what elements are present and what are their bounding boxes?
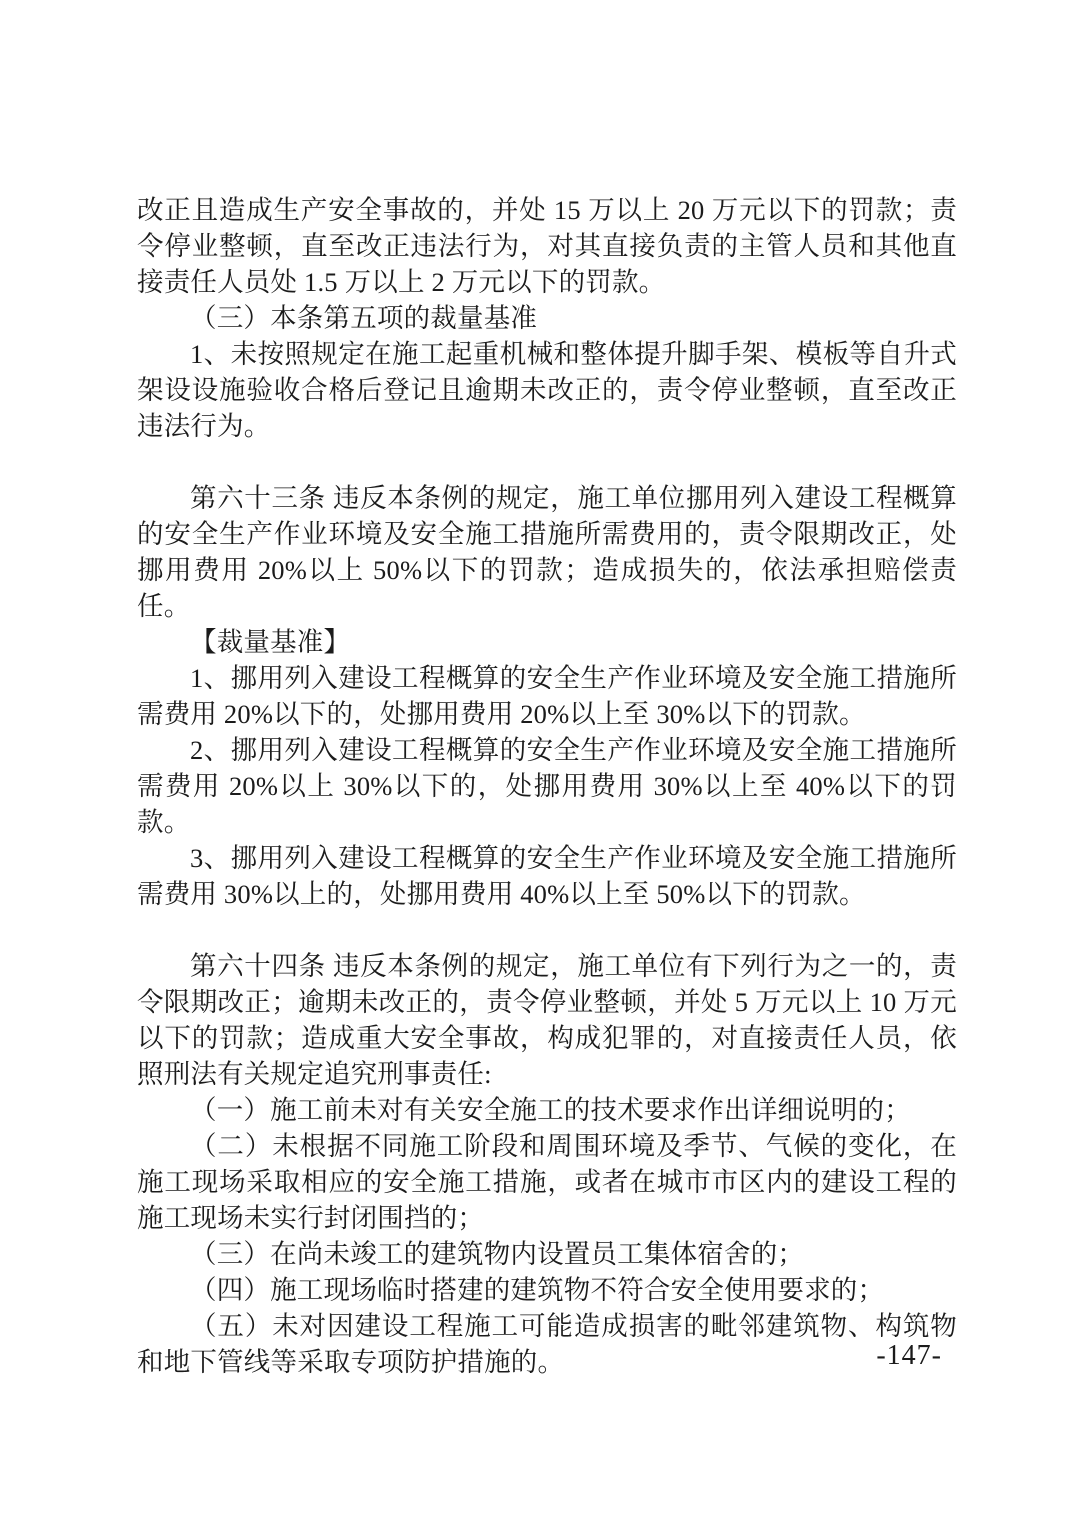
paragraph: （一）施工前未对有关安全施工的技术要求作出详细说明的； <box>137 1092 957 1128</box>
paragraph: 改正且造成生产安全事故的，并处 15 万以上 20 万元以下的罚款；责令停业整顿… <box>137 192 957 300</box>
page-number: -147- <box>876 1338 942 1374</box>
paragraph: 3、挪用列入建设工程概算的安全生产作业环境及安全施工措施所需费用 30%以上的，… <box>137 840 957 912</box>
paragraph: 1、挪用列入建设工程概算的安全生产作业环境及安全施工措施所需费用 20%以下的，… <box>137 660 957 732</box>
paragraph: （四）施工现场临时搭建的建筑物不符合安全使用要求的； <box>137 1272 957 1308</box>
paragraph: （二）未根据不同施工阶段和周围环境及季节、气候的变化，在施工现场采取相应的安全施… <box>137 1128 957 1236</box>
paragraph: （五）未对因建设工程施工可能造成损害的毗邻建筑物、构筑物和地下管线等采取专项防护… <box>137 1308 957 1380</box>
document-page: 改正且造成生产安全事故的，并处 15 万以上 20 万元以下的罚款；责令停业整顿… <box>0 0 1075 1520</box>
paragraph: 第六十三条 违反本条例的规定，施工单位挪用列入建设工程概算的安全生产作业环境及安… <box>137 480 957 624</box>
document-body: 改正且造成生产安全事故的，并处 15 万以上 20 万元以下的罚款；责令停业整顿… <box>137 192 957 1380</box>
paragraph: 第六十四条 违反本条例的规定，施工单位有下列行为之一的，责令限期改正；逾期未改正… <box>137 948 957 1092</box>
paragraph: （三）本条第五项的裁量基准 <box>137 300 957 336</box>
paragraph: （三）在尚未竣工的建筑物内设置员工集体宿舍的； <box>137 1236 957 1272</box>
paragraph: 2、挪用列入建设工程概算的安全生产作业环境及安全施工措施所需费用 20%以上 3… <box>137 732 957 840</box>
paragraph: 1、未按照规定在施工起重机械和整体提升脚手架、模板等自升式架设设施验收合格后登记… <box>137 336 957 444</box>
paragraph: 【裁量基准】 <box>137 624 957 660</box>
